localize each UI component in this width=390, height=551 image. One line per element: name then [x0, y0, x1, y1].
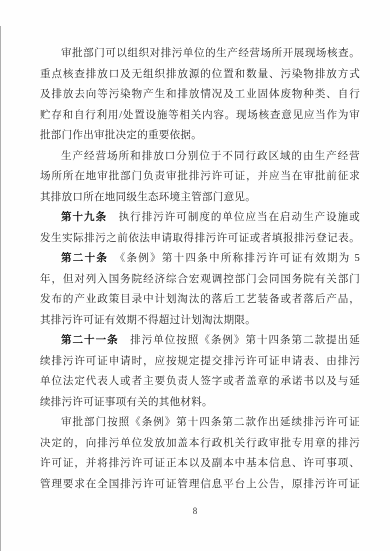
document-body-text: 审批部门可以组织对排污单位的生产经营场所开展现场核查。重点核查排放口及无组织排放… — [40, 44, 360, 495]
text-line: 续排污许可证事项有关的其他材料。 — [40, 393, 360, 414]
article-number: 第二十条 — [61, 253, 108, 264]
paragraph: 第二十一条 排污单位按照《条例》第十四条第二款提出延续排污许可证申请时，应按规定… — [40, 331, 360, 413]
text-line: 决定的，向排污单位发放加盖本行政机关行政审批专用章的排污 — [40, 434, 360, 455]
article-number: 第二十一条 — [61, 335, 119, 346]
document-page: 审批部门可以组织对排污单位的生产经营场所开展现场核查。重点核查排放口及无组织排放… — [0, 0, 390, 551]
text-line: 贮存和自行利用/处置设施等相关内容。现场核查意见应当作为审 — [40, 106, 360, 127]
article-number: 第十九条 — [61, 212, 107, 223]
text-line: 发生实际排污之前依法申请取得排污许可证或者填报排污登记表。 — [40, 229, 360, 250]
paragraph: 第二十条 《条例》第十四条中所称排污许可证有效期为 5年，但对列入国务院经济综合… — [40, 249, 360, 331]
text-line: 年，但对列入国务院经济综合宏观调控部门会同国务院有关部门 — [40, 270, 360, 291]
text-line: 第二十一条 排污单位按照《条例》第十四条第二款提出延 — [40, 331, 360, 352]
scan-edge-artifact — [0, 26, 1, 551]
text-line: 第十九条 执行排污许可制度的单位应当在启动生产设施或 — [40, 208, 360, 229]
paragraph: 审批部门按照《条例》第十四条第二款作出延续排污许可证决定的，向排污单位发放加盖本… — [40, 413, 360, 495]
text-line: 及排放去向等污染物产生和排放情况及工业固体废物种类、自行 — [40, 85, 360, 106]
text-line: 审批部门可以组织对排污单位的生产经营场所开展现场核查。 — [40, 44, 360, 65]
text-line: 生产经营场所和排放口分别位于不同行政区域的由生产经营 — [40, 147, 360, 168]
text-line: 其排放口所在地同级生态环境主管部门意见。 — [40, 188, 360, 209]
text-line: 其排污许可证有效期不得超过计划淘汰期限。 — [40, 311, 360, 332]
text-line: 审批部门按照《条例》第十四条第二款作出延续排污许可证 — [40, 413, 360, 434]
page-number: 8 — [0, 506, 390, 516]
text-line: 续排污许可证申请时，应按规定提交排污许可证申请表、由排污 — [40, 352, 360, 373]
text-line: 批部门作出审批决定的重要依据。 — [40, 126, 360, 147]
text-line: 重点核查排放口及无组织排放源的位置和数量、污染物排放方式 — [40, 65, 360, 86]
paragraph: 第十九条 执行排污许可制度的单位应当在启动生产设施或发生实际排污之前依法申请取得… — [40, 208, 360, 249]
paragraph: 审批部门可以组织对排污单位的生产经营场所开展现场核查。重点核查排放口及无组织排放… — [40, 44, 360, 147]
text-line: 许可证，并将排污许可证正本以及副本中基本信息、许可事项、 — [40, 454, 360, 475]
text-line: 管理要求在全国排污许可证管理信息平台上公告，原排污许可证 — [40, 475, 360, 496]
text-line: 发布的产业政策目录中计划淘汰的落后工艺装备或者落后产品， — [40, 290, 360, 311]
text-line: 场所所在地审批部门负责审批排污许可证，并应当在审批前征求 — [40, 167, 360, 188]
paragraph: 生产经营场所和排放口分别位于不同行政区域的由生产经营场所所在地审批部门负责审批排… — [40, 147, 360, 209]
text-line: 第二十条 《条例》第十四条中所称排污许可证有效期为 5 — [40, 249, 360, 270]
text-line: 单位法定代表人或者主要负责人签字或者盖章的承诺书以及与延 — [40, 372, 360, 393]
